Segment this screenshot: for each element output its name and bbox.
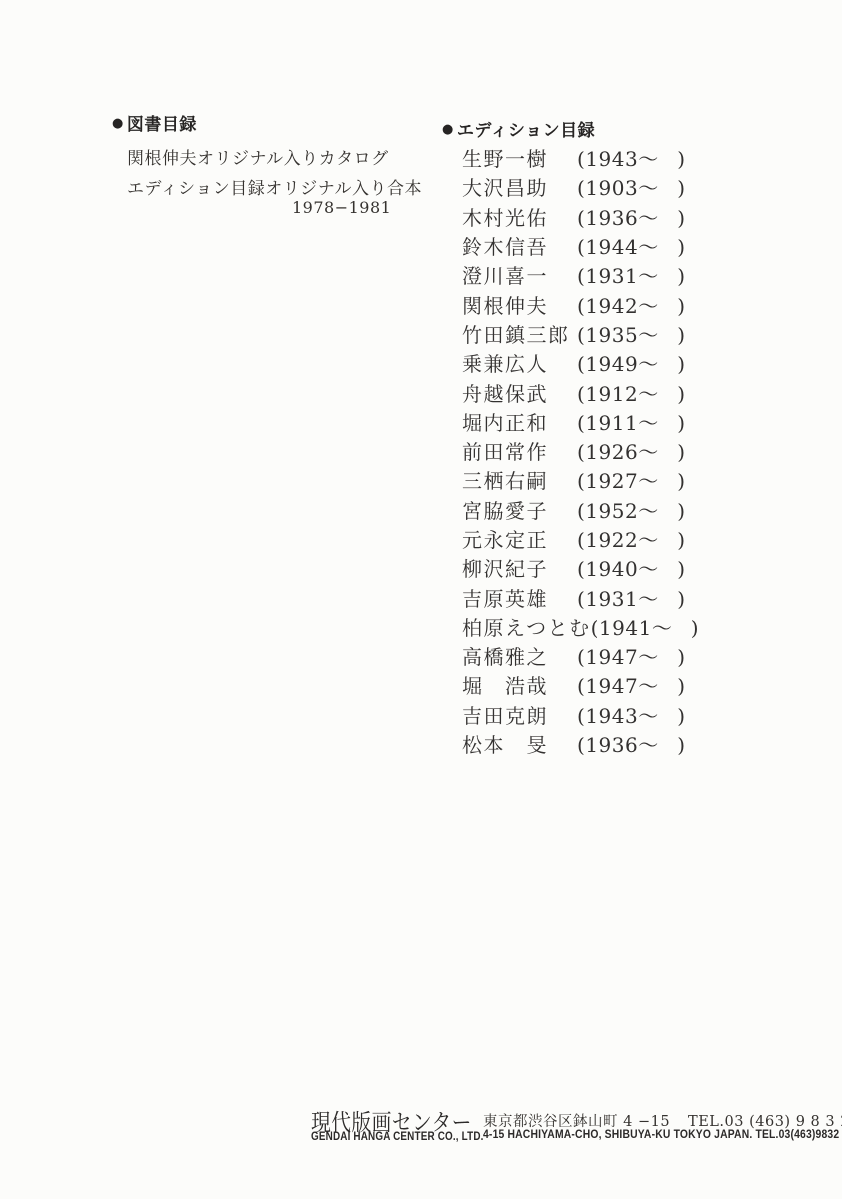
birth-year-group: (1903〜 ) <box>577 172 685 201</box>
birth-year: 1952 <box>585 499 638 523</box>
paren-close: ) <box>677 264 685 288</box>
birth-year: 1944 <box>585 235 638 259</box>
paren-close: ) <box>677 206 685 230</box>
address-jp: 東京都渋谷区鉢山町 4 −15 <box>483 1110 670 1131</box>
birth-year-open: (1947〜 <box>577 670 659 699</box>
edition-entry-row: 生野一樹 (1943〜 ) <box>462 143 692 172</box>
wave-dash: 〜 <box>638 733 659 757</box>
birth-year-group: (1941〜 ) <box>591 612 699 641</box>
edition-entry-row: 澄川喜一 (1931〜 ) <box>462 260 692 289</box>
wave-dash: 〜 <box>638 440 659 464</box>
birth-year-open: (1940〜 <box>577 553 659 582</box>
edition-entry-row: 木村光佑 (1936〜 ) <box>462 202 692 231</box>
birth-year: 1941 <box>599 616 652 640</box>
birth-year-group: (1940〜 ) <box>577 553 685 582</box>
edition-catalog-heading: ● エディション目録 <box>442 116 595 141</box>
artist-name: 大沢昌助 <box>462 172 577 201</box>
birth-year-open: (1941〜 <box>591 612 673 641</box>
scanned-catalog-page: ● 図書目録 関根伸夫オリジナル入りカタログ エディション目録オリジナル入り合本… <box>0 0 842 1199</box>
birth-year-open: (1949〜 <box>577 348 659 377</box>
birth-year-open: (1926〜 <box>577 436 659 465</box>
birth-year-open: (1942〜 <box>577 290 659 319</box>
birth-year-open: (1936〜 <box>577 202 659 231</box>
artist-name: 関根伸夫 <box>462 290 577 319</box>
edition-entry-row: 乗兼広人 (1949〜 ) <box>462 348 692 377</box>
edition-entry-row: 鈴木信吾 (1944〜 ) <box>462 231 692 260</box>
paren-close: ) <box>677 176 685 200</box>
paren-close: ) <box>677 235 685 259</box>
paren-close: ) <box>677 294 685 318</box>
birth-year: 1940 <box>585 557 638 581</box>
birth-year-open: (1911〜 <box>577 407 659 436</box>
edition-entry-row: 大沢昌助 (1903〜 ) <box>462 172 692 201</box>
artist-name: 三栖右嗣 <box>462 465 577 494</box>
publisher-address-jp-line: 東京都渋谷区鉢山町 4 −15 TEL.03 (463) 9 8 3 2 〒15… <box>483 1110 842 1131</box>
paren-close: ) <box>677 147 685 171</box>
bullet-icon: ● <box>112 117 124 130</box>
paren-close: ) <box>677 674 685 698</box>
edition-entry-row: 柏原えつとむ (1941〜 ) <box>462 612 692 641</box>
birth-year-group: (1943〜 ) <box>577 700 685 729</box>
artist-name: 竹田鎮三郎 <box>462 319 577 348</box>
wave-dash: 〜 <box>638 206 659 230</box>
book-catalog-year-range: 1978−1981 <box>292 198 391 217</box>
birth-year-open: (1952〜 <box>577 495 659 524</box>
birth-year-group: (1936〜 ) <box>577 729 685 758</box>
birth-year: 1943 <box>585 704 638 728</box>
birth-year-group: (1931〜 ) <box>577 583 685 612</box>
edition-entry-row: 前田常作 (1926〜 ) <box>462 436 692 465</box>
birth-year: 1935 <box>585 323 638 347</box>
birth-year-open: (1935〜 <box>577 319 659 348</box>
birth-year-open: (1943〜 <box>577 700 659 729</box>
artist-name: 松本 旻 <box>462 729 577 758</box>
birth-year: 1943 <box>585 147 638 171</box>
paren-close: ) <box>677 645 685 669</box>
birth-year-group: (1936〜 ) <box>577 202 685 231</box>
birth-year-group: (1931〜 ) <box>577 260 685 289</box>
edition-entry-row: 吉田克朗 (1943〜 ) <box>462 700 692 729</box>
artist-name: 元永定正 <box>462 524 577 553</box>
wave-dash: 〜 <box>638 704 659 728</box>
wave-dash: 〜 <box>638 176 659 200</box>
paren-close: ) <box>677 440 685 464</box>
artist-name: 生野一樹 <box>462 143 577 172</box>
birth-year: 1903 <box>585 176 638 200</box>
artist-name: 堀 浩哉 <box>462 670 577 699</box>
birth-year-open: (1944〜 <box>577 231 659 260</box>
birth-year-group: (1927〜 ) <box>577 465 685 494</box>
artist-name: 宮脇愛子 <box>462 495 577 524</box>
edition-entry-row: 柳沢紀子 (1940〜 ) <box>462 553 692 582</box>
birth-year: 1922 <box>585 528 638 552</box>
paren-close: ) <box>677 587 685 611</box>
bullet-icon: ● <box>442 123 454 136</box>
artist-name: 吉田克朗 <box>462 700 577 729</box>
birth-year-group: (1935〜 ) <box>577 319 685 348</box>
book-catalog-title: 図書目録 <box>127 110 197 135</box>
artist-name: 堀内正和 <box>462 407 577 436</box>
birth-year-group: (1944〜 ) <box>577 231 685 260</box>
paren-close: ) <box>677 704 685 728</box>
artist-name: 前田常作 <box>462 436 577 465</box>
birth-year-open: (1903〜 <box>577 172 659 201</box>
birth-year: 1947 <box>585 645 638 669</box>
birth-year: 1931 <box>585 264 638 288</box>
edition-entry-row: 竹田鎮三郎 (1935〜 ) <box>462 319 692 348</box>
birth-year-group: (1926〜 ) <box>577 436 685 465</box>
artist-name: 鈴木信吾 <box>462 231 577 260</box>
wave-dash: 〜 <box>638 382 659 406</box>
edition-entry-row: 高橋雅之 (1947〜 ) <box>462 641 692 670</box>
edition-entry-row: 舟越保武 (1912〜 ) <box>462 377 692 406</box>
wave-dash: 〜 <box>638 674 659 698</box>
birth-year-open: (1931〜 <box>577 260 659 289</box>
artist-name: 吉原英雄 <box>462 583 577 612</box>
wave-dash: 〜 <box>638 557 659 581</box>
telephone-jp: TEL.03 (463) 9 8 3 2 <box>688 1114 842 1130</box>
birth-year: 1931 <box>585 587 638 611</box>
publisher-logo-en: GENDAI HANGA CENTER CO., LTD. <box>311 1131 484 1143</box>
edition-entry-row: 堀 浩哉 (1947〜 ) <box>462 670 692 699</box>
wave-dash: 〜 <box>638 235 659 259</box>
edition-entry-row: 関根伸夫 (1942〜 ) <box>462 289 692 318</box>
birth-year-open: (1943〜 <box>577 143 659 172</box>
birth-year-group: (1952〜 ) <box>577 495 685 524</box>
birth-year-open: (1912〜 <box>577 378 659 407</box>
artist-name: 木村光佑 <box>462 202 577 231</box>
edition-entry-row: 堀内正和 (1911〜 ) <box>462 407 692 436</box>
edition-entry-row: 吉原英雄 (1931〜 ) <box>462 582 692 611</box>
birth-year-group: (1947〜 ) <box>577 641 685 670</box>
book-catalog-item: 関根伸夫オリジナル入りカタログ <box>127 144 389 169</box>
paren-close: ) <box>677 469 685 493</box>
birth-year: 1936 <box>585 206 638 230</box>
birth-year: 1936 <box>585 733 638 757</box>
wave-dash: 〜 <box>638 352 659 376</box>
paren-close: ) <box>677 557 685 581</box>
paren-close: ) <box>677 499 685 523</box>
artist-name: 高橋雅之 <box>462 641 577 670</box>
birth-year-group: (1912〜 ) <box>577 378 685 407</box>
wave-dash: 〜 <box>638 469 659 493</box>
birth-year-open: (1947〜 <box>577 641 659 670</box>
birth-year: 1926 <box>585 440 638 464</box>
paren-close: ) <box>677 528 685 552</box>
artist-name: 柳沢紀子 <box>462 553 577 582</box>
paren-close: ) <box>691 616 699 640</box>
birth-year: 1942 <box>585 294 638 318</box>
edition-catalog-title: エディション目録 <box>457 116 595 141</box>
paren-close: ) <box>677 411 685 435</box>
edition-entry-row: 元永定正 (1922〜 ) <box>462 524 692 553</box>
birth-year-group: (1911〜 ) <box>577 407 685 436</box>
wave-dash: 〜 <box>638 323 659 347</box>
birth-year-group: (1943〜 ) <box>577 143 685 172</box>
artist-name: 乗兼広人 <box>462 348 577 377</box>
wave-dash: 〜 <box>638 499 659 523</box>
address-en: 4-15 HACHIYAMA-CHO, SHIBUYA-KU TOKYO JAP… <box>483 1129 839 1141</box>
paren-close: ) <box>677 382 685 406</box>
paren-close: ) <box>677 323 685 347</box>
wave-dash: 〜 <box>652 616 673 640</box>
artist-name: 舟越保武 <box>462 378 577 407</box>
wave-dash: 〜 <box>638 411 659 435</box>
birth-year: 1927 <box>585 469 638 493</box>
wave-dash: 〜 <box>638 587 659 611</box>
book-catalog-heading: ● 図書目録 <box>112 110 197 135</box>
edition-entry-list: 生野一樹 (1943〜 ) 大沢昌助 (1903〜 ) 木村光佑 (1936〜 … <box>462 143 692 758</box>
birth-year-group: (1922〜 ) <box>577 524 685 553</box>
wave-dash: 〜 <box>638 645 659 669</box>
birth-year: 1949 <box>585 352 638 376</box>
birth-year-open: (1931〜 <box>577 583 659 612</box>
edition-entry-row: 宮脇愛子 (1952〜 ) <box>462 495 692 524</box>
book-catalog-item: エディション目録オリジナル入り合本 <box>127 174 422 199</box>
edition-entry-row: 松本 旻 (1936〜 ) <box>462 729 692 758</box>
birth-year: 1912 <box>585 382 638 406</box>
wave-dash: 〜 <box>638 294 659 318</box>
birth-year: 1947 <box>585 674 638 698</box>
wave-dash: 〜 <box>638 264 659 288</box>
birth-year-group: (1947〜 ) <box>577 670 685 699</box>
paren-close: ) <box>677 733 685 757</box>
birth-year: 1911 <box>585 411 638 435</box>
wave-dash: 〜 <box>638 147 659 171</box>
birth-year-group: (1942〜 ) <box>577 290 685 319</box>
birth-year-group: (1949〜 ) <box>577 348 685 377</box>
paren-close: ) <box>677 352 685 376</box>
birth-year-open: (1922〜 <box>577 524 659 553</box>
birth-year-open: (1927〜 <box>577 465 659 494</box>
paren-open: ( <box>591 616 599 640</box>
artist-name: 柏原えつとむ <box>462 612 591 641</box>
artist-name: 澄川喜一 <box>462 260 577 289</box>
edition-entry-row: 三栖右嗣 (1927〜 ) <box>462 465 692 494</box>
birth-year-open: (1936〜 <box>577 729 659 758</box>
wave-dash: 〜 <box>638 528 659 552</box>
